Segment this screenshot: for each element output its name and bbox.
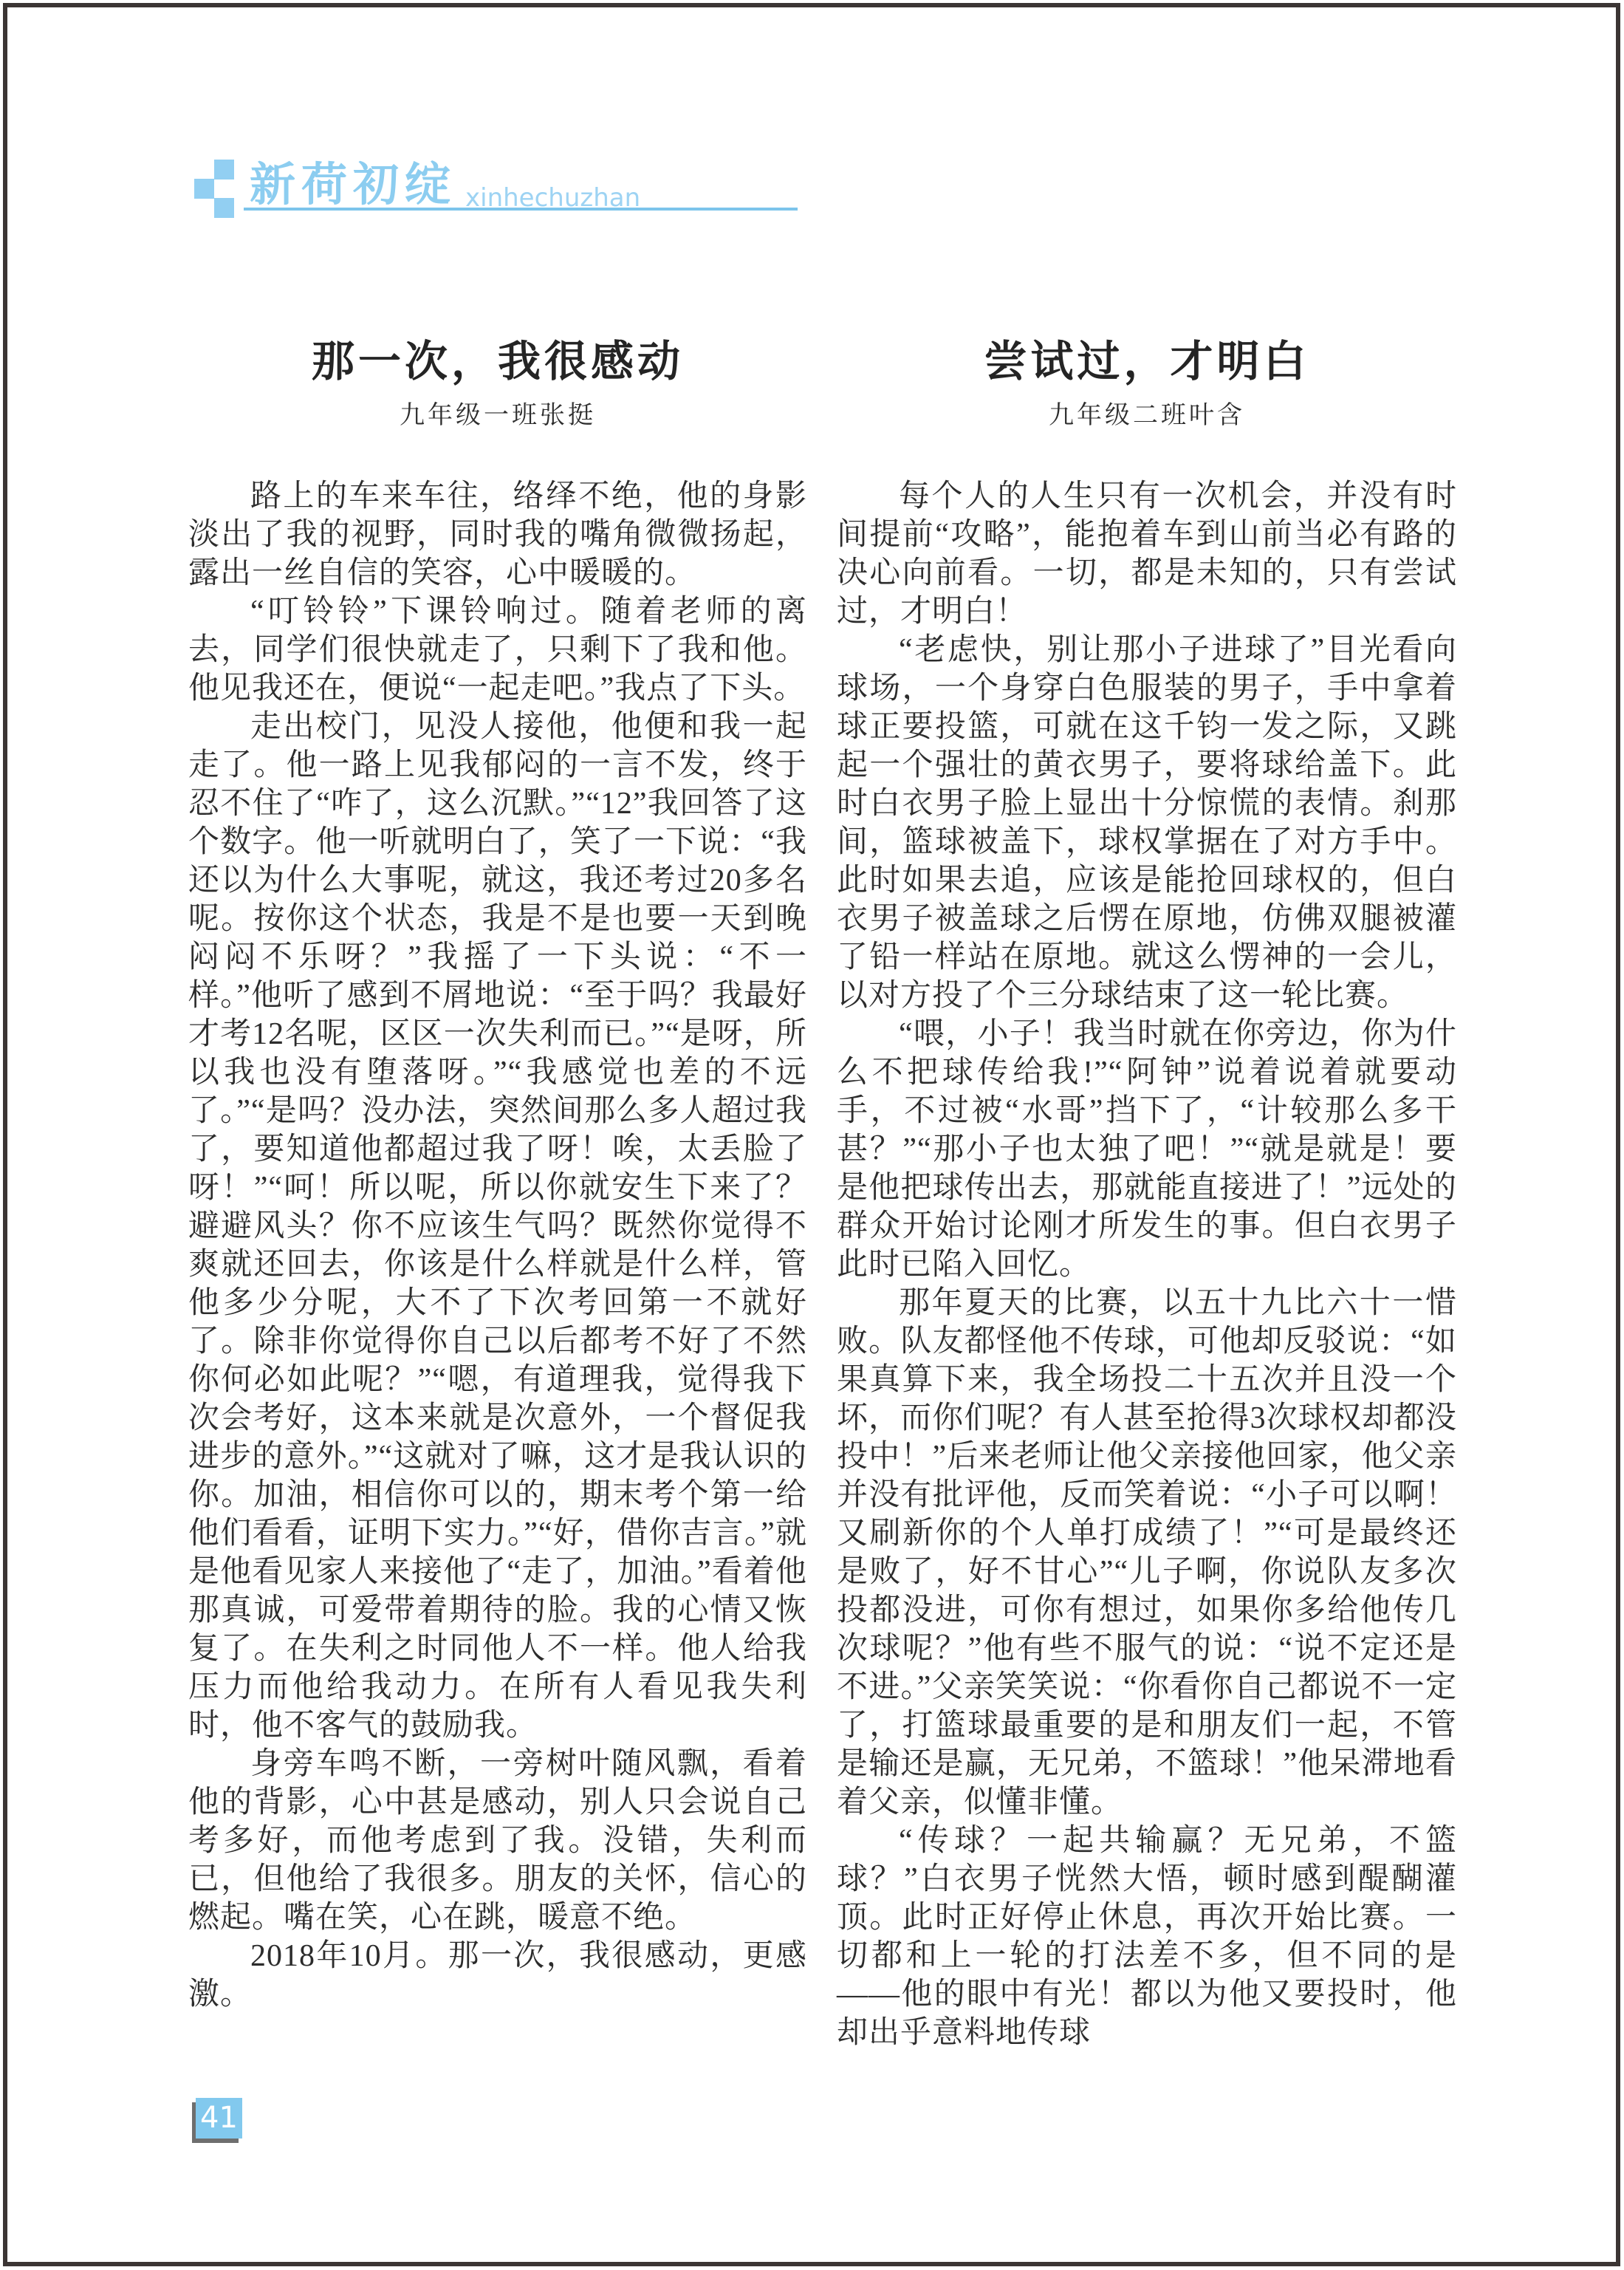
paragraph: 2018年10月。那一次，我很感动，更感激。 — [188, 1937, 807, 2014]
article-title: 尝试过，才明白 — [837, 334, 1457, 390]
logo-square-icon — [214, 160, 234, 180]
paragraph: 身旁车鸣不断，一旁树叶随风飘，看着他的背影，心中甚是感动，别人只会说自己考多好，… — [188, 1745, 807, 1937]
paragraph: “传球？一起共输赢？无兄弟，不篮球？”白衣男子恍然大悟，顿时感到醍醐灌顶。此时正… — [837, 1822, 1457, 2052]
paragraph: “老虑快，别让那小子进球了”目光看向球场，一个身穿白色服装的男子，手中拿着球正要… — [837, 631, 1457, 1015]
article-right: 尝试过，才明白 九年级二班叶含 每个人的人生只有一次机会，并没有时间提前“攻略”… — [837, 334, 1457, 2052]
paragraph: 路上的车来车往，络绎不绝，他的身影淡出了我的视野，同时我的嘴角微微扬起，露出一丝… — [188, 477, 807, 592]
article-left: 那一次，我很感动 九年级一班张挺 路上的车来车往，络绎不绝，他的身影淡出了我的视… — [188, 334, 807, 2014]
page-number-badge: 41 — [196, 2098, 242, 2139]
paragraph: 每个人的人生只有一次机会，并没有时间提前“攻略”，能抱着车到山前当必有路的决心向… — [837, 477, 1457, 631]
paragraph: 那年夏天的比赛，以五十九比六十一惜败。队友都怪他不传球，可他却反驳说：“如果真算… — [837, 1284, 1457, 1822]
paragraph: 走出校门，见没人接他，他便和我一起走了。他一路上见我郁闷的一言不发，终于忍不住了… — [188, 708, 807, 1745]
article-byline: 九年级二班叶含 — [837, 399, 1457, 433]
article-body: 路上的车来车往，络绎不绝，他的身影淡出了我的视野，同时我的嘴角微微扬起，露出一丝… — [188, 477, 807, 2014]
paragraph: “喂，小子！我当时就在你旁边，你为什么不把球传给我!”“阿钟”说着说着就要动手，… — [837, 1015, 1457, 1284]
brand-title: 新荷初绽 — [250, 158, 456, 211]
article-byline: 九年级一班张挺 — [188, 399, 807, 433]
logo-square-icon — [194, 179, 214, 199]
header-rule — [244, 208, 798, 211]
article-body: 每个人的人生只有一次机会，并没有时间提前“攻略”，能抱着车到山前当必有路的决心向… — [837, 477, 1457, 2052]
paragraph: “叮铃铃”下课铃响过。随着老师的离去，同学们很快就走了，只剩下了我和他。他见我还… — [188, 592, 807, 708]
logo-square-icon — [214, 198, 234, 218]
brand-logo-icon — [194, 160, 236, 219]
article-title: 那一次，我很感动 — [188, 334, 807, 390]
